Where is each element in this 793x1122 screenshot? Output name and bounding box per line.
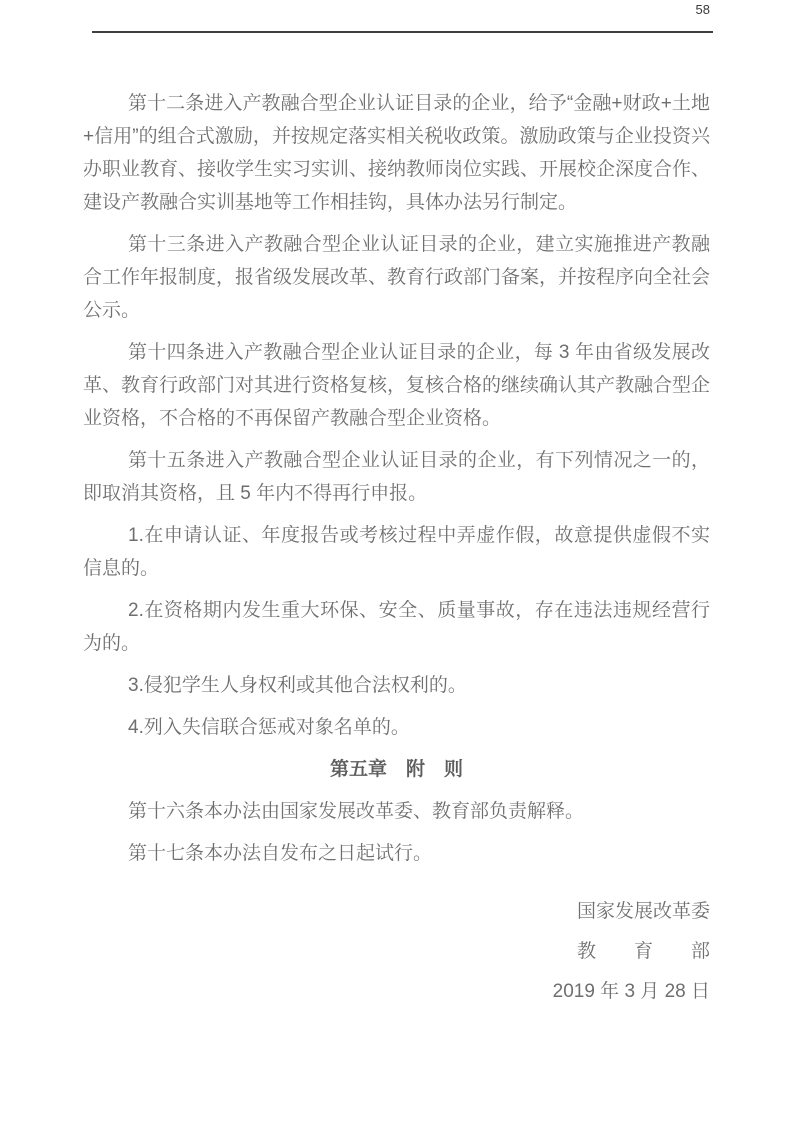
list-item-3: 3.侵犯学生人身权利或其他合法权利的。 (83, 669, 710, 702)
document-page: 58 第十二条进入产教融合型企业认证目录的企业，给予“金融+财政+土地+信用”的… (0, 0, 793, 1122)
signature-org-moe: 教 育 部 (83, 935, 710, 968)
page-number: 58 (0, 2, 710, 18)
signature-block: 国家发展改革委 教 育 部 2019 年 3 月 28 日 (83, 895, 710, 1008)
paragraph-article-13: 第十三条进入产教融合型企业认证目录的企业，建立实施推进产教融合工作年报制度，报省… (83, 228, 710, 327)
signature-date: 2019 年 3 月 28 日 (83, 975, 710, 1008)
header-rule (92, 31, 713, 33)
document-content: 第十二条进入产教融合型企业认证目录的企业，给予“金融+财政+土地+信用”的组合式… (83, 87, 710, 1015)
list-item-2: 2.在资格期内发生重大环保、安全、质量事故，存在违法违规经营行为的。 (83, 594, 710, 660)
signature-org-ndrc: 国家发展改革委 (83, 895, 710, 928)
list-item-4: 4.列入失信联合惩戒对象名单的。 (83, 711, 710, 744)
paragraph-article-16: 第十六条本办法由国家发展改革委、教育部负责解释。 (83, 795, 710, 828)
paragraph-article-14: 第十四条进入产教融合型企业认证目录的企业，每 3 年由省级发展改革、教育行政部门… (83, 336, 710, 435)
paragraph-article-12: 第十二条进入产教融合型企业认证目录的企业，给予“金融+财政+土地+信用”的组合式… (83, 87, 710, 219)
chapter-heading: 第五章 附 则 (83, 753, 710, 786)
paragraph-article-15: 第十五条进入产教融合型企业认证目录的企业，有下列情况之一的，即取消其资格，且 5… (83, 444, 710, 510)
paragraph-article-17: 第十七条本办法自发布之日起试行。 (83, 837, 710, 870)
list-item-1: 1.在申请认证、年度报告或考核过程中弄虚作假，故意提供虚假不实信息的。 (83, 519, 710, 585)
